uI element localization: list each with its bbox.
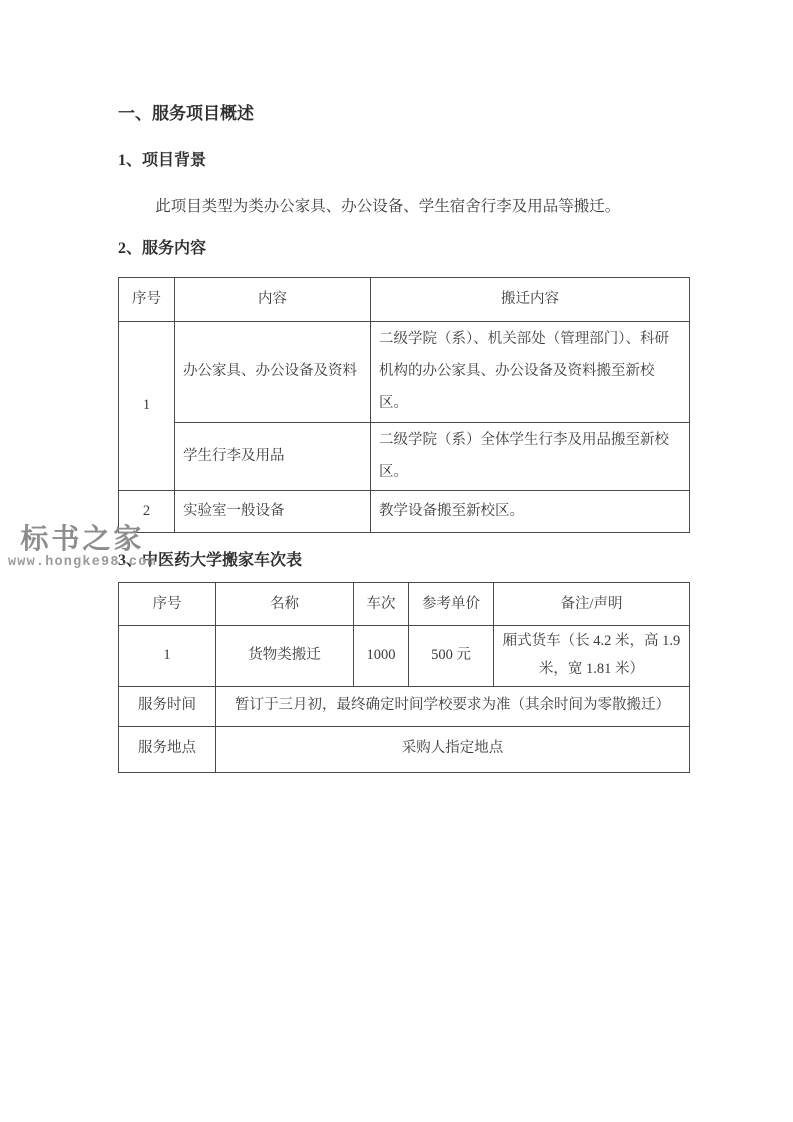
- table-header-row: 序号 内容 搬迁内容: [119, 278, 690, 322]
- cell-trips: 1000: [354, 626, 409, 686]
- header-cell-move-detail: 搬迁内容: [371, 278, 690, 322]
- table-row: 1 办公家具、办公设备及资料 二级学院（系）、机关部处（管理部门）、科研机构的办…: [119, 322, 690, 423]
- cell-move-detail: 二级学院（系）全体学生行李及用品搬至新校区。: [371, 422, 690, 491]
- cell-service-location-value: 采购人指定地点: [216, 726, 690, 772]
- cell-sn: 1: [119, 626, 216, 686]
- moving-trips-table: 序号 名称 车次 参考单价 备注/声明 1 货物类搬迁 1000 500 元 厢…: [118, 582, 690, 772]
- heading-service-overview: 一、服务项目概述: [118, 102, 685, 126]
- header-cell-name: 名称: [216, 583, 354, 626]
- header-cell-content: 内容: [175, 278, 371, 322]
- header-cell-remark: 备注/声明: [494, 583, 690, 626]
- service-content-table: 序号 内容 搬迁内容 1 办公家具、办公设备及资料 二级学院（系）、机关部处（管…: [118, 277, 690, 533]
- table-row: 2 实验室一般设备 教学设备搬至新校区。: [119, 491, 690, 533]
- cell-name: 货物类搬迁: [216, 626, 354, 686]
- cell-service-location-label: 服务地点: [119, 726, 216, 772]
- cell-move-detail: 教学设备搬至新校区。: [371, 491, 690, 533]
- cell-service-time-label: 服务时间: [119, 686, 216, 726]
- table-row: 学生行李及用品 二级学院（系）全体学生行李及用品搬至新校区。: [119, 422, 690, 491]
- cell-content: 办公家具、办公设备及资料: [175, 322, 371, 423]
- table-row-service-time: 服务时间 暂订于三月初，最终确定时间学校要求为准（其余时间为零散搬迁）: [119, 686, 690, 726]
- document-page: 标书之家 www.hongke98.com 一、服务项目概述 1、项目背景 此项…: [0, 0, 793, 1122]
- cell-move-detail: 二级学院（系）、机关部处（管理部门）、科研机构的办公家具、办公设备及资料搬至新校…: [371, 322, 690, 423]
- cell-content: 实验室一般设备: [175, 491, 371, 533]
- table-row: 1 货物类搬迁 1000 500 元 厢式货车（长 4.2 米，高 1.9 米，…: [119, 626, 690, 686]
- header-cell-sn: 序号: [119, 278, 175, 322]
- cell-remark: 厢式货车（长 4.2 米，高 1.9 米，宽 1.81 米）: [494, 626, 690, 686]
- header-cell-unit-price: 参考单价: [409, 583, 494, 626]
- cell-sn: 2: [119, 491, 175, 533]
- document-content: 一、服务项目概述 1、项目背景 此项目类型为类办公家具、办公设备、学生宿舍行李及…: [0, 0, 793, 773]
- header-cell-trips: 车次: [354, 583, 409, 626]
- heading-service-content: 2、服务内容: [118, 237, 685, 261]
- heading-project-background: 1、项目背景: [118, 149, 685, 173]
- cell-unit-price: 500 元: [409, 626, 494, 686]
- header-cell-sn: 序号: [119, 583, 216, 626]
- cell-sn: 1: [119, 322, 175, 491]
- cell-content: 学生行李及用品: [175, 422, 371, 491]
- table-row-service-location: 服务地点 采购人指定地点: [119, 726, 690, 772]
- cell-service-time-value: 暂订于三月初，最终确定时间学校要求为准（其余时间为零散搬迁）: [216, 686, 690, 726]
- project-background-paragraph: 此项目类型为类办公家具、办公设备、学生宿舍行李及用品等搬迁。: [118, 186, 685, 228]
- table-header-row: 序号 名称 车次 参考单价 备注/声明: [119, 583, 690, 626]
- heading-moving-trips-table: 3、中医药大学搬家车次表: [118, 549, 685, 573]
